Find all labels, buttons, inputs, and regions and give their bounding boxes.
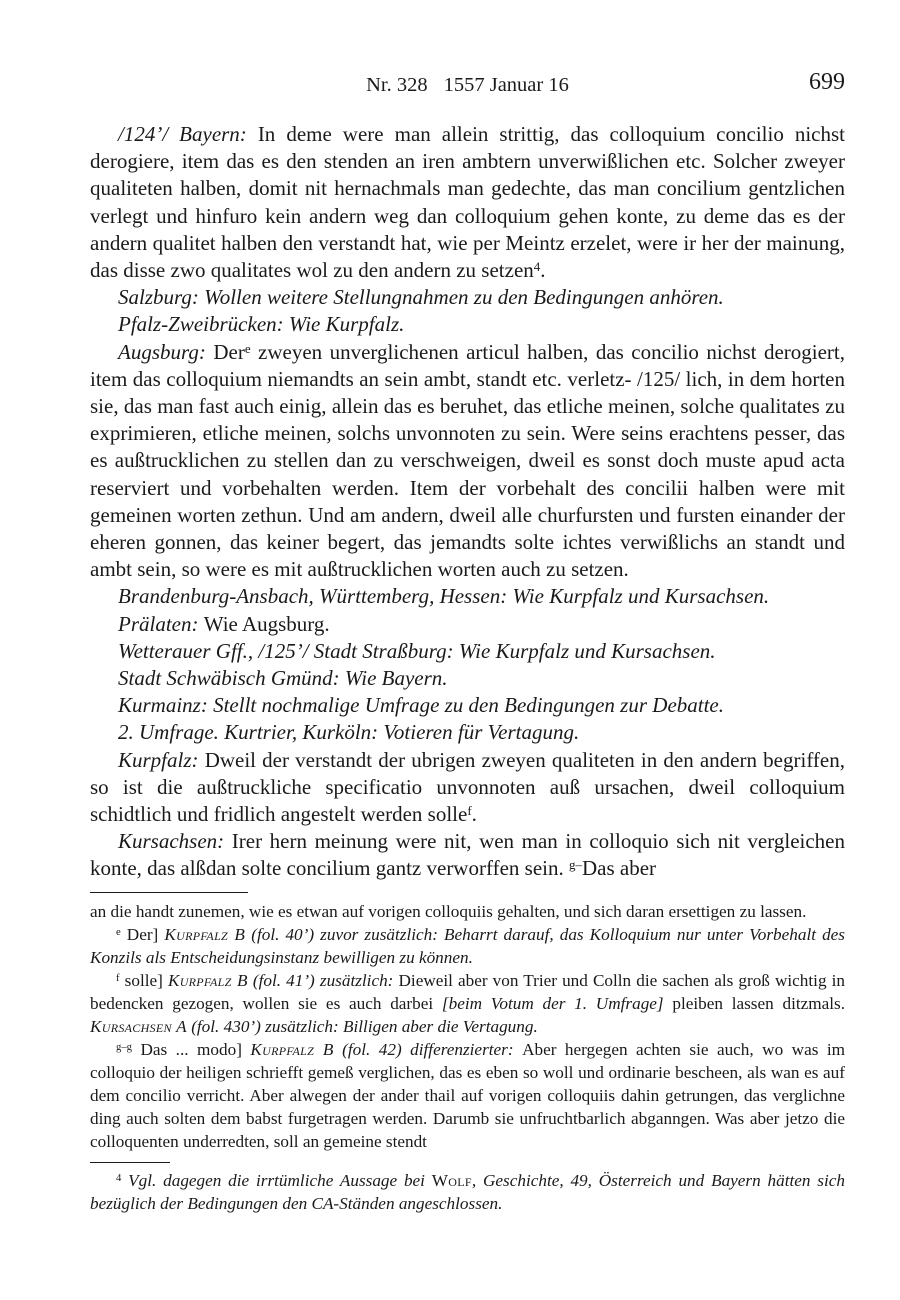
text-segment: Brandenburg-Ansbach, Württemberg, Hessen… <box>118 584 769 608</box>
text-segment: Das ... modo] <box>132 1040 250 1059</box>
text-segment: Kurmainz: Stellt nochmalige Umfrage zu d… <box>118 693 724 717</box>
text-segment: [beim Votum der 1. Umfrage] <box>442 994 664 1013</box>
para-salzburg: Salzburg: Wollen weitere Stellungnahmen … <box>90 284 845 311</box>
text-segment: Prälaten: <box>118 612 204 636</box>
para-kurpfalz: Kurpfalz: Dweil der verstandt der ubrige… <box>90 747 845 829</box>
apparatus-note-e: e Der] Kurpfalz B (fol. 40’) zuvor zusät… <box>90 923 845 969</box>
para-bayern: /124’/ Bayern: In deme were man allein s… <box>90 121 845 284</box>
text-segment: /124’/ Bayern: <box>118 122 258 146</box>
text-segment: Der] <box>121 925 165 944</box>
text-segment: Kurpfalz B <box>164 925 245 944</box>
para-wetterauer: Wetterauer Gff., /125’/ Stadt Straßburg:… <box>90 638 845 665</box>
text-segment: Vgl. dagegen die irrtümliche Aussage bei <box>121 1171 431 1190</box>
text-segment: Pfalz-Zweibrücken: Wie Kurpfalz. <box>118 312 404 336</box>
apparatus-separator-rule <box>90 892 248 893</box>
running-header: Nr. 3281557 Januar 16 699 <box>90 72 845 99</box>
footnotes: 4 Vgl. dagegen die irrtümliche Aussage b… <box>90 1169 845 1215</box>
text-segment: Salzburg: Wollen weitere Stellungnahmen … <box>118 285 724 309</box>
para-pfalz-zweibruecken: Pfalz-Zweibrücken: Wie Kurpfalz. <box>90 311 845 338</box>
para-praelaten: Prälaten: Wie Augsburg. <box>90 611 845 638</box>
text-segment: Der <box>213 340 244 364</box>
critical-apparatus: an die handt zunemen, wie es etwan auf v… <box>90 900 845 1153</box>
book-page: Nr. 3281557 Januar 16 699 /124’/ Bayern:… <box>0 0 900 1300</box>
text-segment: Kursachsen A <box>90 1017 187 1036</box>
text-segment: Stadt Schwäbisch Gmünd: Wie Bayern. <box>118 666 448 690</box>
text-segment: solle] <box>120 971 168 990</box>
text-segment: Kurpfalz B <box>250 1040 333 1059</box>
text-segment: In deme were man allein strittig, das co… <box>90 122 845 282</box>
para-augsburg: Augsburg: Dere zweyen unverglichenen art… <box>90 339 845 584</box>
apparatus-continuation: an die handt zunemen, wie es etwan auf v… <box>90 900 845 923</box>
para-zweite-umfrage: 2. Umfrage. Kurtrier, Kurköln: Votieren … <box>90 719 845 746</box>
footnote-4: 4 Vgl. dagegen die irrtümliche Aussage b… <box>90 1169 845 1215</box>
text-segment: g– <box>569 858 582 873</box>
para-brandenburg-ansbach: Brandenburg-Ansbach, Württemberg, Hessen… <box>90 583 845 610</box>
text-segment: Kursachsen: <box>118 829 232 853</box>
text-segment: (fol. 41’) zusätzlich: <box>248 971 399 990</box>
text-segment: Wie Augsburg. <box>204 612 330 636</box>
para-schwaebisch-gmuend: Stadt Schwäbisch Gmünd: Wie Bayern. <box>90 665 845 692</box>
text-segment: . <box>472 802 477 826</box>
apparatus-note-f: f solle] Kurpfalz B (fol. 41’) zusätzlic… <box>90 969 845 1038</box>
footnote-separator-rule <box>90 1162 170 1163</box>
text-segment: 2. Umfrage. Kurtrier, Kurköln: Votieren … <box>118 720 579 744</box>
text-segment: Wolf <box>432 1171 472 1190</box>
main-text: /124’/ Bayern: In deme were man allein s… <box>90 121 845 883</box>
text-segment: Kurpfalz B <box>168 971 248 990</box>
text-segment: Kurpfalz: <box>118 748 205 772</box>
text-segment: (fol. 42) differenzierter: <box>334 1040 522 1059</box>
text-segment: Augsburg: <box>118 340 213 364</box>
text-segment: zweyen unverglichenen articul halben, da… <box>90 340 845 582</box>
text-segment: Das aber <box>582 856 656 880</box>
text-segment: pleiben lassen ditzmals. <box>664 994 845 1013</box>
text-segment: Wetterauer Gff., /125’/ Stadt Straßburg:… <box>118 639 716 663</box>
text-segment: g–g <box>116 1042 132 1053</box>
para-kurmainz: Kurmainz: Stellt nochmalige Umfrage zu d… <box>90 692 845 719</box>
text-segment: (fol. 430’) zusätzlich: Billigen aber di… <box>187 1017 538 1036</box>
header-title: Nr. 3281557 Januar 16 <box>90 72 845 99</box>
text-segment: an die handt zunemen, wie es etwan auf v… <box>90 902 806 921</box>
page-number: 699 <box>809 69 845 96</box>
apparatus-note-g: g–g Das ... modo] Kurpfalz B (fol. 42) d… <box>90 1038 845 1153</box>
text-segment: . <box>540 258 545 282</box>
document-date: 1557 Januar 16 <box>444 74 569 96</box>
para-kursachsen: Kursachsen: Irer hern meinung were nit, … <box>90 828 845 882</box>
document-number: Nr. 328 <box>366 74 428 96</box>
